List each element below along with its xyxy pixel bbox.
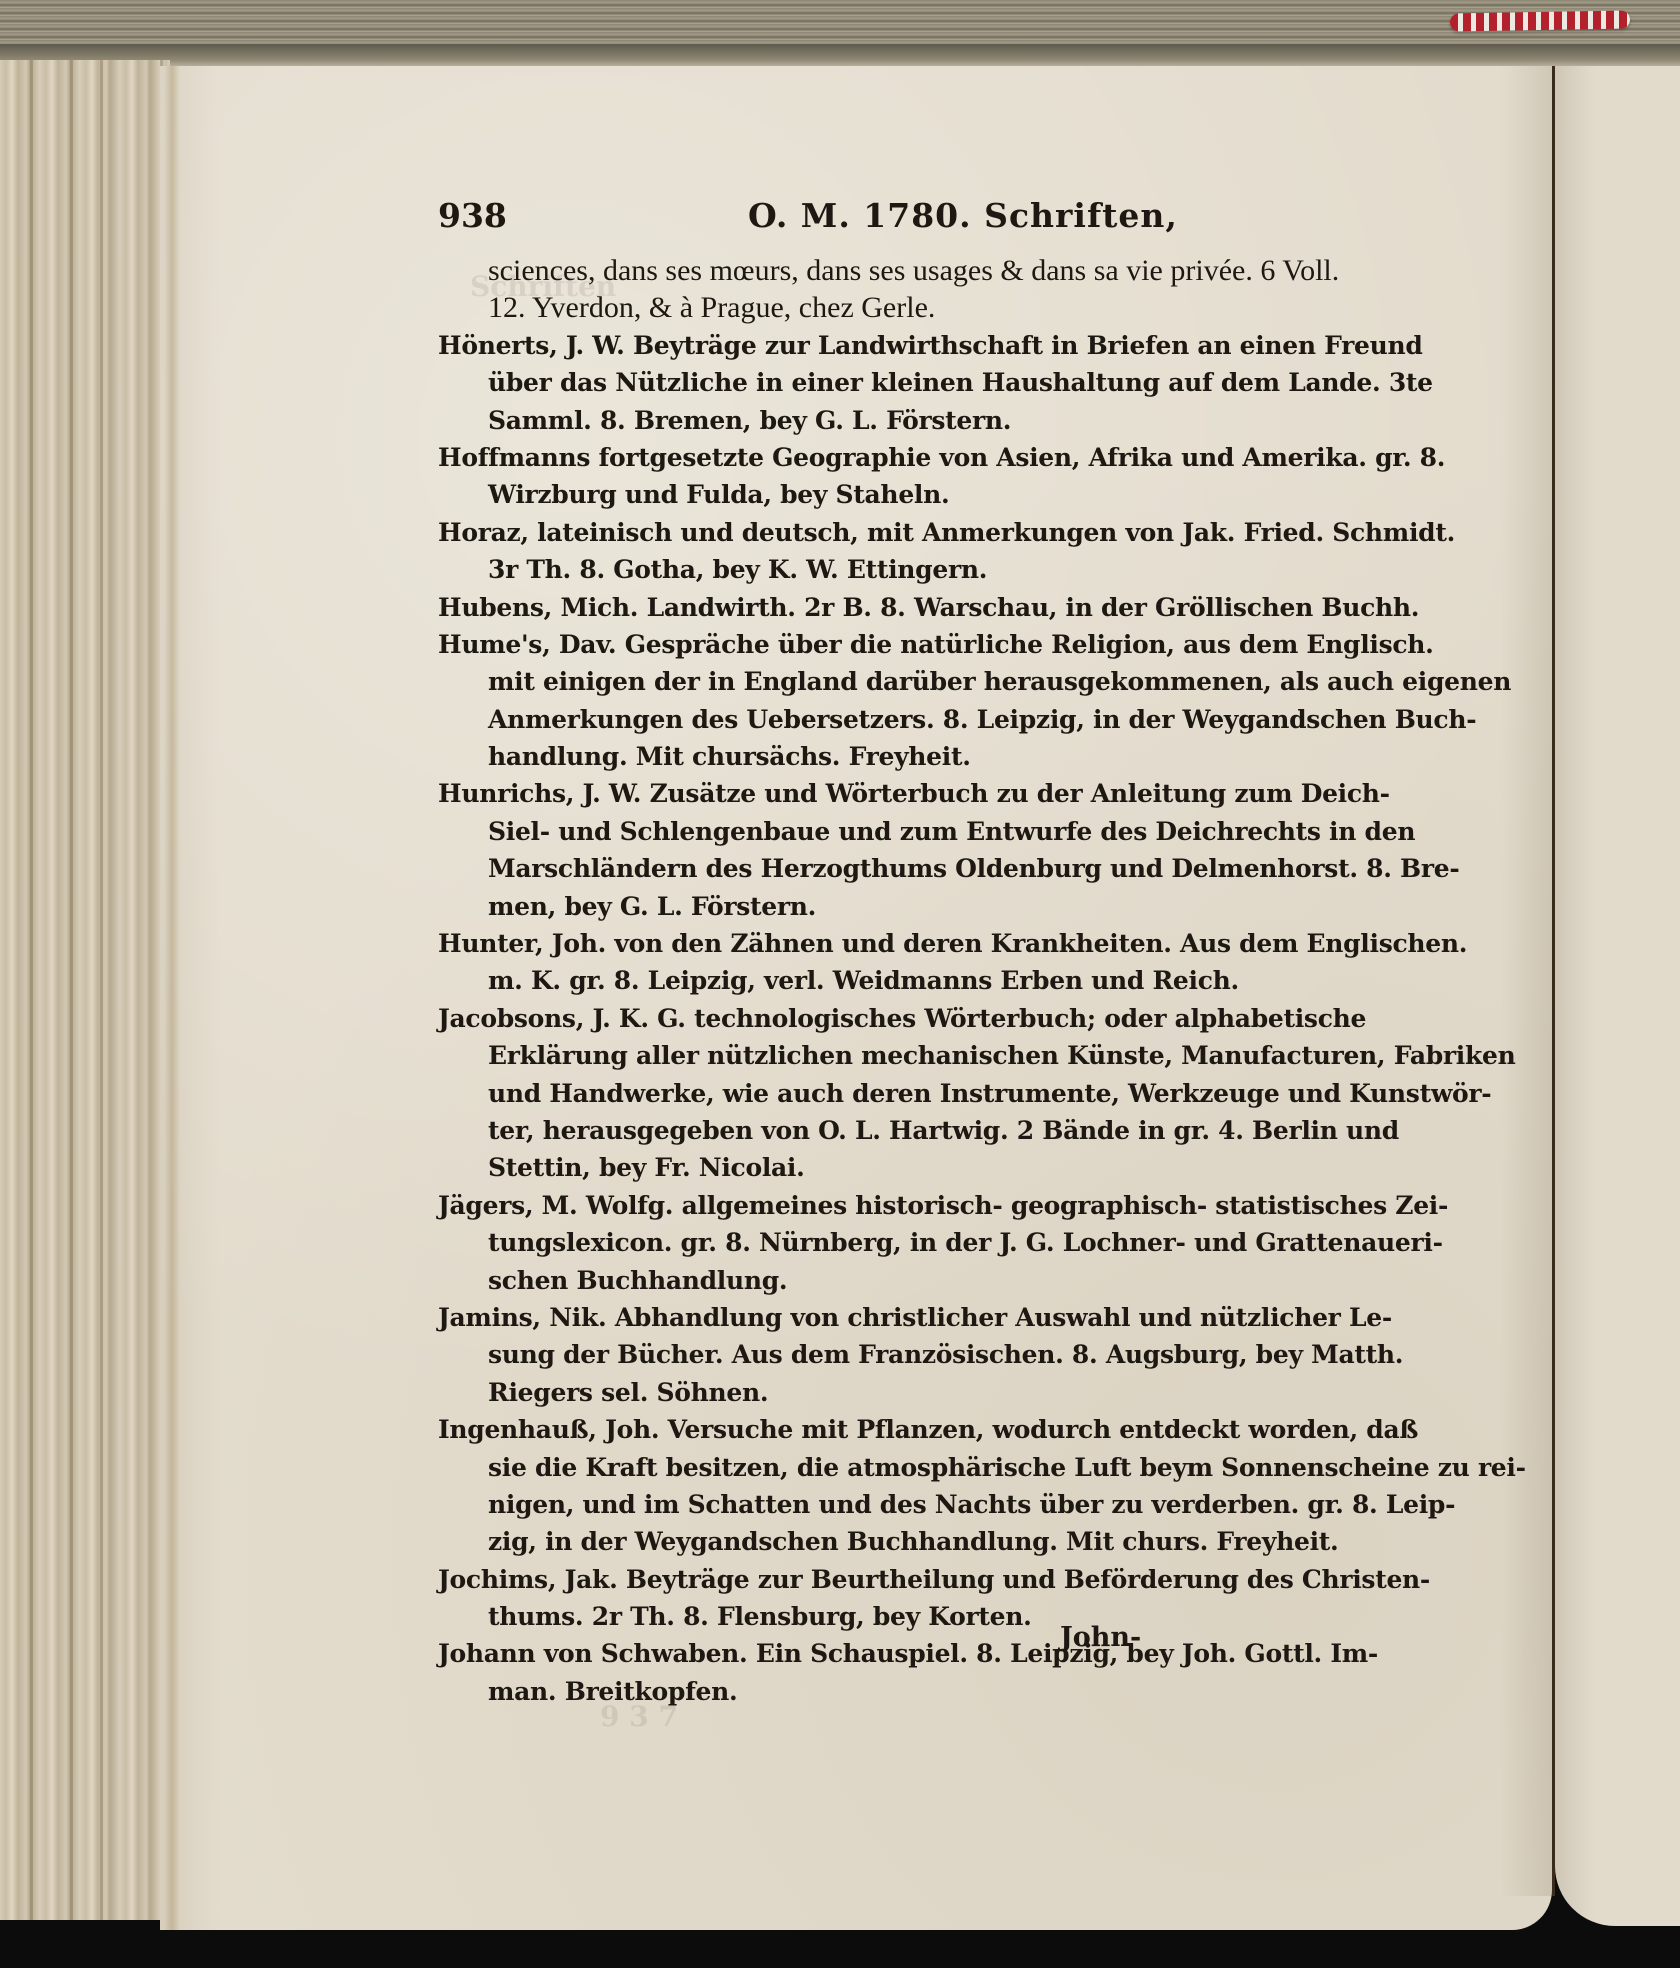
entry-first-line: Hume's, Dav. Gespräche über die natürlic…: [438, 626, 1438, 663]
entry-first-line: Jägers, M. Wolfg. allgemeines historisch…: [438, 1187, 1438, 1224]
bibliography-entry: Jägers, M. Wolfg. allgemeines historisch…: [438, 1187, 1438, 1299]
entry-continuation-line: 3r Th. 8. Gotha, bey K. W. Ettingern.: [438, 551, 1438, 588]
bibliography-entry: Jamins, Nik. Abhandlung von christlicher…: [438, 1299, 1438, 1411]
entry-continuation-line: 12. Yverdon, & à Prague, chez Gerle.: [438, 289, 1438, 326]
bibliography-entry: Hunter, Joh. von den Zähnen und deren Kr…: [438, 925, 1438, 1000]
page-edge-line: [100, 60, 103, 1920]
entry-first-line: Hunrichs, J. W. Zusätze und Wörterbuch z…: [438, 775, 1438, 812]
entry-first-line: Jacobsons, J. K. G. technologisches Wört…: [438, 1000, 1438, 1037]
bibliography-entry: Ingenhauß, Joh. Versuche mit Pflanzen, w…: [438, 1411, 1438, 1561]
bibliography-entry: Jochims, Jak. Beyträge zur Beurtheilung …: [438, 1561, 1438, 1636]
entry-first-line: Hunter, Joh. von den Zähnen und deren Kr…: [438, 925, 1438, 962]
entry-first-line: Ingenhauß, Joh. Versuche mit Pflanzen, w…: [438, 1411, 1438, 1448]
bibliography-entry: Jacobsons, J. K. G. technologisches Wört…: [438, 1000, 1438, 1187]
text-block: 938 O. M. 1780. Schriften, sciences, dan…: [438, 196, 1438, 1710]
entry-continuation-line: schen Buchhandlung.: [438, 1262, 1438, 1299]
water-stain: [164, 66, 180, 1930]
running-head: 938 O. M. 1780. Schriften,: [438, 196, 1438, 252]
entry-continuation-line: Riegers sel. Söhnen.: [438, 1374, 1438, 1411]
entry-continuation-line: Siel- und Schlengenbaue und zum Entwurfe…: [438, 813, 1438, 850]
bibliography-entry: Johann von Schwaben. Ein Schauspiel. 8. …: [438, 1635, 1438, 1710]
bibliography-entry: Horaz, lateinisch und deutsch, mit Anmer…: [438, 514, 1438, 589]
page-edge-line: [30, 60, 33, 1920]
catchword: John-: [1060, 1622, 1141, 1653]
entry-first-line: Jochims, Jak. Beyträge zur Beurtheilung …: [438, 1561, 1438, 1598]
entry-first-line: Hoffmanns fortgesetzte Geographie von As…: [438, 439, 1438, 476]
page-number: 938: [438, 196, 507, 235]
entry-first-line: Johann von Schwaben. Ein Schauspiel. 8. …: [438, 1635, 1438, 1672]
entry-continuation-line: tungslexicon. gr. 8. Nürnberg, in der J.…: [438, 1224, 1438, 1261]
entry-continuation-line: thums. 2r Th. 8. Flensburg, bey Korten.: [438, 1598, 1438, 1635]
bibliography-entry: Hoffmanns fortgesetzte Geographie von As…: [438, 439, 1438, 514]
entry-continuation-line: Wirzburg und Fulda, bey Staheln.: [438, 476, 1438, 513]
book-scan: Schriften 9 3 7 938 O. M. 1780. Schrifte…: [0, 0, 1680, 1968]
entry-first-line: Jamins, Nik. Abhandlung von christlicher…: [438, 1299, 1438, 1336]
recto-page-edge: [1555, 66, 1680, 1926]
entry-continuation-line: Stettin, bey Fr. Nicolai.: [438, 1149, 1438, 1186]
entry-continuation-line: sciences, dans ses mœurs, dans ses usage…: [438, 252, 1438, 289]
bibliography-entries: sciences, dans ses mœurs, dans ses usage…: [438, 252, 1438, 1710]
running-head-title: O. M. 1780. Schriften,: [748, 196, 1178, 235]
entry-continuation-line: sie die Kraft besitzen, die atmosphärisc…: [438, 1449, 1438, 1486]
entry-first-line: Hubens, Mich. Landwirth. 2r B. 8. Warsch…: [438, 589, 1438, 626]
gutter-shade: [1500, 66, 1552, 1896]
bibliography-entry: sciences, dans ses mœurs, dans ses usage…: [438, 252, 1438, 327]
entry-continuation-line: sung der Bücher. Aus dem Französischen. …: [438, 1336, 1438, 1373]
entry-continuation-line: und Handwerke, wie auch deren Instrument…: [438, 1075, 1438, 1112]
bibliography-entry: Hunrichs, J. W. Zusätze und Wörterbuch z…: [438, 775, 1438, 925]
entry-continuation-line: Samml. 8. Bremen, bey G. L. Förstern.: [438, 402, 1438, 439]
entry-first-line: Horaz, lateinisch und deutsch, mit Anmer…: [438, 514, 1438, 551]
entry-continuation-line: über das Nützliche in einer kleinen Haus…: [438, 364, 1438, 401]
preceding-pages-stack: [0, 60, 170, 1920]
entry-continuation-line: mit einigen der in England darüber herau…: [438, 663, 1438, 700]
page-edge-line: [70, 60, 73, 1920]
entry-continuation-line: handlung. Mit chursächs. Freyheit.: [438, 738, 1438, 775]
bibliography-entry: Hubens, Mich. Landwirth. 2r B. 8. Warsch…: [438, 589, 1438, 626]
bibliography-entry: Hönerts, J. W. Beyträge zur Landwirthsch…: [438, 327, 1438, 439]
entry-continuation-line: Anmerkungen des Uebersetzers. 8. Leipzig…: [438, 701, 1438, 738]
entry-continuation-line: Marschländern des Herzogthums Oldenburg …: [438, 850, 1438, 887]
entry-continuation-line: zig, in der Weygandschen Buchhandlung. M…: [438, 1523, 1438, 1560]
entry-continuation-line: m. K. gr. 8. Leipzig, verl. Weidmanns Er…: [438, 962, 1438, 999]
bookmark-ribbon: [1450, 10, 1630, 31]
bibliography-entry: Hume's, Dav. Gespräche über die natürlic…: [438, 626, 1438, 776]
entry-continuation-line: men, bey G. L. Förstern.: [438, 888, 1438, 925]
entry-continuation-line: ter, herausgegeben von O. L. Hartwig. 2 …: [438, 1112, 1438, 1149]
entry-continuation-line: Erklärung aller nützlichen mechanischen …: [438, 1037, 1438, 1074]
entry-first-line: Hönerts, J. W. Beyträge zur Landwirthsch…: [438, 327, 1438, 364]
entry-continuation-line: man. Breitkopfen.: [438, 1673, 1438, 1710]
entry-continuation-line: nigen, und im Schatten und des Nachts üb…: [438, 1486, 1438, 1523]
